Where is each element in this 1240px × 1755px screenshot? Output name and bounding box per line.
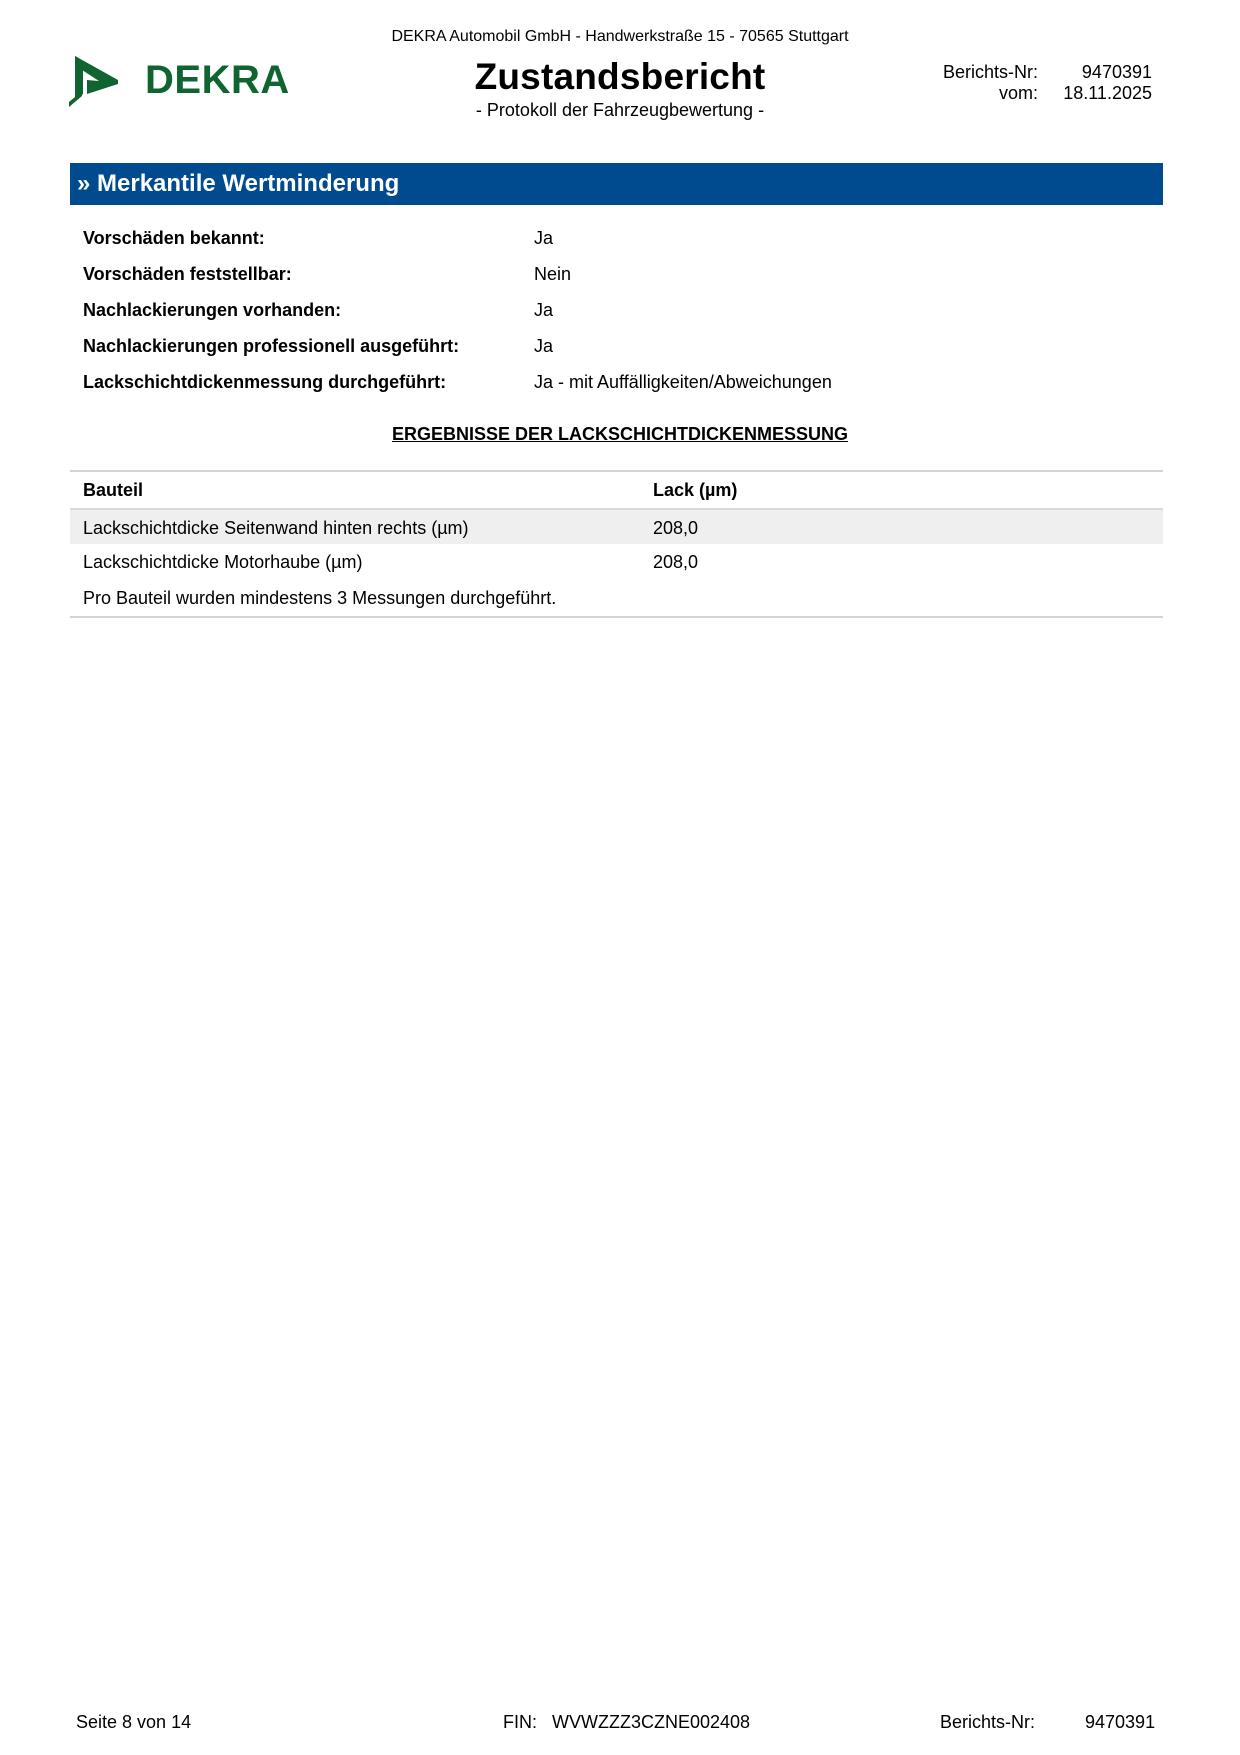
field-value: Ja - mit Auffälligkeiten/Abweichungen: [534, 368, 1153, 404]
field-value: Ja: [534, 224, 1153, 260]
table-header: Bauteil Lack (µm): [70, 472, 1163, 508]
field-label: Nachlackierungen professionell ausgeführ…: [83, 332, 534, 368]
field-row: Nachlackierungen professionell ausgeführ…: [83, 332, 1153, 368]
column-header-part: Bauteil: [70, 472, 650, 508]
value-cell: 208,0: [650, 510, 1163, 544]
field-label: Vorschäden bekannt:: [83, 224, 534, 260]
page-number: Seite 8 von 14: [76, 1712, 191, 1733]
field-row: Vorschäden bekannt: Ja: [83, 224, 1153, 260]
field-label: Nachlackierungen vorhanden:: [83, 296, 534, 332]
paint-thickness-table: Bauteil Lack (µm) Lackschichtdicke Seite…: [70, 470, 1163, 618]
field-value: Ja: [534, 296, 1153, 332]
report-number: 9470391: [1038, 62, 1152, 83]
table-row: Lackschichtdicke Seitenwand hinten recht…: [70, 508, 1163, 544]
column-header-paint: Lack (µm): [650, 472, 1163, 508]
report-date: 18.11.2025: [1038, 83, 1152, 104]
field-value: Ja: [534, 332, 1153, 368]
valuation-fields: Vorschäden bekannt: Ja Vorschäden festst…: [83, 224, 1153, 404]
part-cell: Lackschichtdicke Motorhaube (µm): [70, 544, 650, 580]
report-meta: Berichts-Nr: 9470391 vom: 18.11.2025: [900, 62, 1152, 104]
report-date-label: vom:: [900, 83, 1038, 104]
footer-report-number-label: Berichts-Nr:: [940, 1712, 1035, 1733]
field-value: Nein: [534, 260, 1153, 296]
field-row: Nachlackierungen vorhanden: Ja: [83, 296, 1153, 332]
table-row: Lackschichtdicke Motorhaube (µm) 208,0: [70, 544, 1163, 580]
fin-label: FIN:: [503, 1712, 537, 1733]
field-label: Vorschäden feststellbar:: [83, 260, 534, 296]
footer-report-number: 9470391: [1085, 1712, 1155, 1733]
field-label: Lackschichtdickenmessung durchgeführt:: [83, 368, 534, 404]
report-number-label: Berichts-Nr:: [900, 62, 1038, 83]
value-cell: 208,0: [650, 544, 1163, 580]
results-title: ERGEBNISSE DER LACKSCHICHTDICKENMESSUNG: [0, 424, 1240, 445]
section-header: » Merkantile Wertminderung: [70, 163, 1163, 205]
fin-value: WVWZZZ3CZNE002408: [552, 1712, 750, 1733]
note-text: Pro Bauteil wurden mindestens 3 Messunge…: [70, 580, 556, 616]
field-row: Vorschäden feststellbar: Nein: [83, 260, 1153, 296]
field-row: Lackschichtdickenmessung durchgeführt: J…: [83, 368, 1153, 404]
part-cell: Lackschichtdicke Seitenwand hinten recht…: [70, 510, 650, 544]
table-note: Pro Bauteil wurden mindestens 3 Messunge…: [70, 580, 1163, 616]
company-address: DEKRA Automobil GmbH - Handwerkstraße 15…: [0, 28, 1240, 46]
